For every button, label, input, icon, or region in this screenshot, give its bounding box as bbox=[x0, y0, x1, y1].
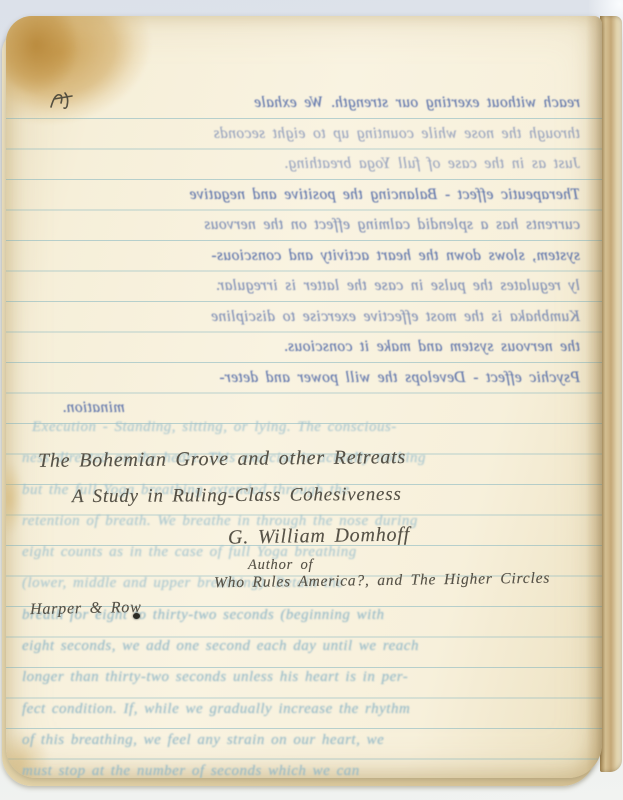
mirror-line: Just as in the case of full Yoga breathi… bbox=[54, 149, 580, 180]
book-title: The Bohemian Grove and other Retreats bbox=[38, 446, 406, 473]
book-author: G. William Domhoff bbox=[228, 523, 410, 549]
mirror-line: ly regulates the pulse in case the latte… bbox=[54, 271, 580, 302]
mirror-line: reach without exerting our strength. We … bbox=[54, 88, 580, 119]
book-subtitle: A Study in Ruling-Class Cohesiveness bbox=[72, 484, 402, 508]
ghost-line: eight seconds, we add one second each da… bbox=[22, 631, 592, 662]
mirror-line: the nervous system and make it conscious… bbox=[54, 332, 580, 363]
ghost-line: fect condition. If, while we gradually i… bbox=[22, 694, 592, 725]
ghost-line: Execution - Standing, sitting, or lying.… bbox=[22, 412, 592, 443]
mirror-line: Psychic effect - Develops the will power… bbox=[54, 363, 580, 394]
author-credit: Author of bbox=[248, 557, 313, 574]
publisher: Harper & Row bbox=[30, 599, 142, 619]
mirrored-bleedthrough-text: reach without exerting our strength. We … bbox=[6, 88, 602, 424]
pencil-scribble bbox=[48, 89, 82, 115]
mirror-line: through the nose while counting up to ei… bbox=[54, 119, 580, 150]
ink-blot bbox=[133, 613, 140, 619]
ghost-line: must stop at the number of seconds which… bbox=[22, 756, 592, 778]
notebook-spine-edge bbox=[600, 16, 622, 772]
mirror-line: currents has a splendid calming effect o… bbox=[54, 210, 580, 241]
mirror-line: system, slows down the heart activity an… bbox=[54, 241, 580, 272]
notebook-page: reach without exerting our strength. We … bbox=[6, 16, 602, 778]
mirror-line: Therapeutic effect - Balancing the posit… bbox=[54, 180, 580, 211]
ghost-line: of this breathing, we feel any strain on… bbox=[22, 725, 592, 756]
mirror-line: Kumbhaka is the most effective exercise … bbox=[54, 302, 580, 333]
scanner-background: reach without exerting our strength. We … bbox=[0, 0, 623, 800]
ghost-line: longer than thirty-two seconds unless hi… bbox=[22, 662, 592, 693]
page-fold-shading bbox=[586, 16, 602, 778]
